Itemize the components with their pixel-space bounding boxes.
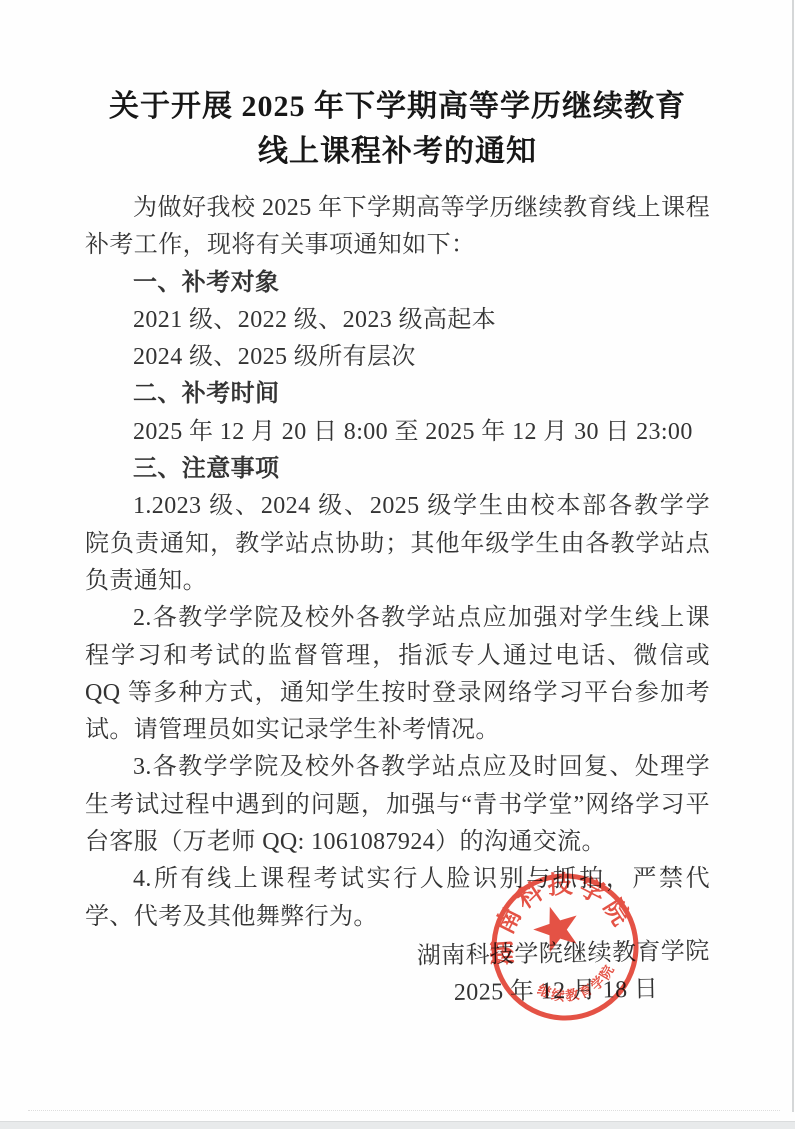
section3-item2: 2.各教学学院及校外各教学站点应加强对学生线上课程学习和考试的监督管理，指派专人…	[85, 600, 710, 749]
scanned-notice-page: 关于开展 2025 年下学期高等学历继续教育 线上课程补考的通知 为做好我校 2…	[0, 0, 795, 1122]
notice-title-line1: 关于开展 2025 年下学期高等学历继续教育	[85, 84, 710, 129]
section3-item4: 4.所有线上课程考试实行人脸识别与抓拍，严禁代学、代考及其他舞弊行为。	[85, 861, 710, 936]
notice-title-line2: 线上课程补考的通知	[85, 129, 710, 174]
notice-title: 关于开展 2025 年下学期高等学历继续教育 线上课程补考的通知	[85, 84, 710, 174]
notice-body: 为做好我校 2025 年下学期高等学历继续教育线上课程补考工作，现将有关事项通知…	[85, 190, 710, 1014]
section1-line1: 2021 级、2022 级、2023 级高起本	[85, 302, 710, 339]
page-right-edge	[792, 0, 794, 1112]
section3-item1: 1.2023 级、2024 级、2025 级学生由校本部各教学学院负责通知，教学…	[85, 488, 710, 600]
intro-paragraph: 为做好我校 2025 年下学期高等学历继续教育线上课程补考工作，现将有关事项通知…	[85, 190, 710, 265]
section2-heading: 二、补考时间	[85, 376, 710, 413]
section2-line1: 2025 年 12 月 20 日 8:00 至 2025 年 12 月 30 日…	[85, 414, 710, 451]
section3-heading: 三、注意事项	[85, 451, 710, 488]
page-bottom-edge	[28, 1110, 780, 1111]
notice-content: 关于开展 2025 年下学期高等学历继续教育 线上课程补考的通知 为做好我校 2…	[85, 84, 710, 1014]
section1-line2: 2024 级、2025 级所有层次	[85, 339, 710, 376]
signature-block: 湖南科技学院继续教育学院 2025 年 12 月 18 日	[84, 933, 710, 1018]
section1-heading: 一、补考对象	[85, 265, 710, 302]
section3-item3: 3.各教学学院及校外各教学站点应及时回复、处理学生考试过程中遇到的问题，加强与“…	[85, 749, 710, 861]
viewer-background-band	[0, 1121, 795, 1129]
